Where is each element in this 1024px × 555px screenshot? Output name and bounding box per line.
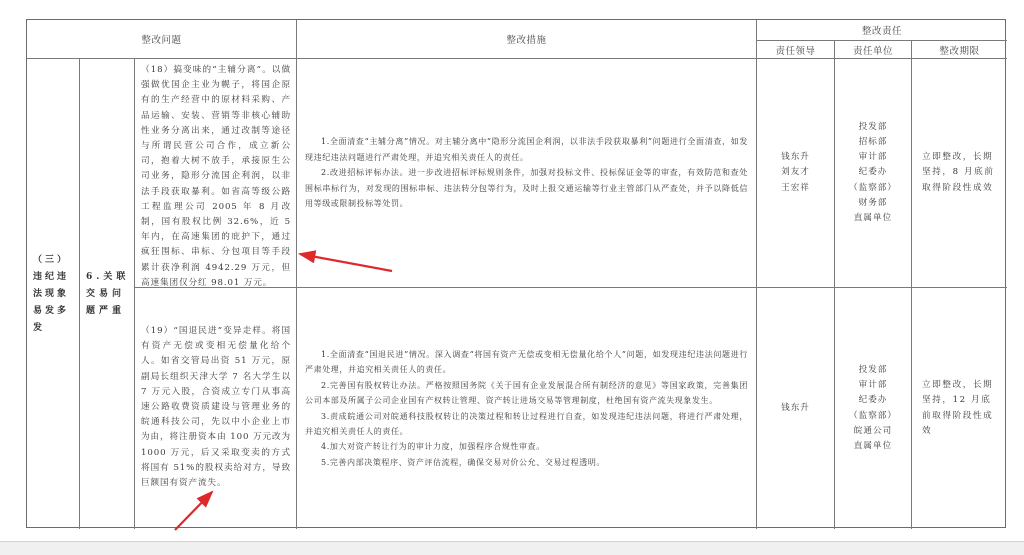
row-19-measure-5: 5.完善内部决策程序、资产评估流程，确保交易对价公允、交易过程透明。 <box>305 455 748 470</box>
row-19-deadline: 立即整改，长期坚持，12 月底前取得阶段性成效 <box>912 378 1007 439</box>
unit-name: 财务部 <box>849 196 897 211</box>
viewer-bottom-bar <box>0 541 1024 555</box>
header-leader: 责任领导 <box>757 41 835 59</box>
unit-name: 审计部 <box>849 378 897 393</box>
row-18-leaders-cell: 钱东升 刘友才 王宏祥 <box>757 59 835 288</box>
unit-name: 投发部 <box>849 120 897 135</box>
row-18-problem-cell: （18）搞变味的“主辅分离”。以做强做优国企主业为幌子，将国企原有的生产经营中的… <box>135 59 297 288</box>
row-19-units: 投发部 审计部 纪委办 （监察部） 皖通公司 直属单位 <box>849 363 897 454</box>
row-19-deadline-cell: 立即整改，长期坚持，12 月底前取得阶段性成效 <box>912 288 1007 529</box>
header-unit: 责任单位 <box>835 41 912 59</box>
category-label: （三）违纪违法现象易发多发 <box>27 252 79 337</box>
header-deadline: 整改期限 <box>912 41 1007 59</box>
unit-name: 纪委办 <box>849 165 897 180</box>
leader-name: 钱东升 <box>781 401 810 416</box>
subcategory-label: 6.关联交易问题严重 <box>80 269 134 320</box>
category-cell: （三）违纪违法现象易发多发 <box>27 59 80 529</box>
row-19-leaders: 钱东升 <box>781 401 810 416</box>
row-19-problem-text: （19）“国退民进”变异走样。将国有资产无偿或变相无偿量化给个人。如省交管局出资… <box>141 324 291 491</box>
leader-name: 王宏祥 <box>781 181 810 196</box>
header-measures: 整改措施 <box>297 20 757 59</box>
unit-name: （监察部） <box>849 409 897 424</box>
leader-name: 刘友才 <box>781 165 810 180</box>
unit-name: 皖通公司 <box>849 424 897 439</box>
row-18-deadline-cell: 立即整改，长期坚持，8 月底前取得阶段性成效 <box>912 59 1007 288</box>
row-19-measure-1: 1.全面清查“国退民进”情况。深入调查“将国有资产无偿或变相无偿量化给个人”问题… <box>305 347 748 378</box>
unit-name: （监察部） <box>849 181 897 196</box>
row-18-problem-text: （18）搞变味的“主辅分离”。以做强做优国企主业为幌子，将国企原有的生产经营中的… <box>141 63 291 288</box>
row-19-measure-2: 2.完善国有股权转让办法。严格按照国务院《关于国有企业发展混合所有制经济的意见》… <box>305 378 748 409</box>
unit-name: 招标部 <box>849 135 897 150</box>
document-page: 整改问题 整改措施 整改责任 责任领导 责任单位 整改期限 （三）违纪违法现象易… <box>0 0 1024 555</box>
row-19-measures-cell: 1.全面清查“国退民进”情况。深入调查“将国有资产无偿或变相无偿量化给个人”问题… <box>297 288 757 529</box>
row-18-measure-1: 1.全面清查“主辅分离”情况。对主辅分离中“隐形分流国企利润，以非法手段获取暴利… <box>305 134 748 165</box>
subcategory-cell: 6.关联交易问题严重 <box>80 59 135 529</box>
row-19-measure-4: 4.加大对资产转让行为的审计力度，加强程序合规性审查。 <box>305 439 748 454</box>
row-19-measures-list: 1.全面清查“国退民进”情况。深入调查“将国有资产无偿或变相无偿量化给个人”问题… <box>305 347 748 470</box>
row-18-measures-list: 1.全面清查“主辅分离”情况。对主辅分离中“隐形分流国企利润，以非法手段获取暴利… <box>305 134 748 211</box>
header-responsibility: 整改责任 <box>757 20 1007 41</box>
leader-name: 钱东升 <box>781 150 810 165</box>
row-19-units-cell: 投发部 审计部 纪委办 （监察部） 皖通公司 直属单位 <box>835 288 912 529</box>
unit-name: 直属单位 <box>849 211 897 226</box>
unit-name: 投发部 <box>849 363 897 378</box>
row-18-measure-2: 2.改进招标评标办法。进一步改进招标评标规则条件，加强对投标文件、投标保证金等的… <box>305 165 748 211</box>
unit-name: 直属单位 <box>849 439 897 454</box>
unit-name: 审计部 <box>849 150 897 165</box>
row-18-units-cell: 投发部 招标部 审计部 纪委办 （监察部） 财务部 直属单位 <box>835 59 912 288</box>
rectification-table: 整改问题 整改措施 整改责任 责任领导 责任单位 整改期限 （三）违纪违法现象易… <box>26 19 1006 528</box>
row-18-units: 投发部 招标部 审计部 纪委办 （监察部） 财务部 直属单位 <box>849 120 897 226</box>
unit-name: 纪委办 <box>849 393 897 408</box>
row-18-deadline: 立即整改，长期坚持，8 月底前取得阶段性成效 <box>912 150 1007 196</box>
row-19-measure-3: 3.责成皖通公司对皖通科技股权转让的决策过程和转让过程进行自查，如发现违纪违法问… <box>305 409 748 440</box>
row-19-leaders-cell: 钱东升 <box>757 288 835 529</box>
row-18-measures-cell: 1.全面清查“主辅分离”情况。对主辅分离中“隐形分流国企利润，以非法手段获取暴利… <box>297 59 757 288</box>
row-18-leaders: 钱东升 刘友才 王宏祥 <box>781 150 810 196</box>
row-19-problem-cell: （19）“国退民进”变异走样。将国有资产无偿或变相无偿量化给个人。如省交管局出资… <box>135 288 297 529</box>
header-problem: 整改问题 <box>27 20 297 59</box>
